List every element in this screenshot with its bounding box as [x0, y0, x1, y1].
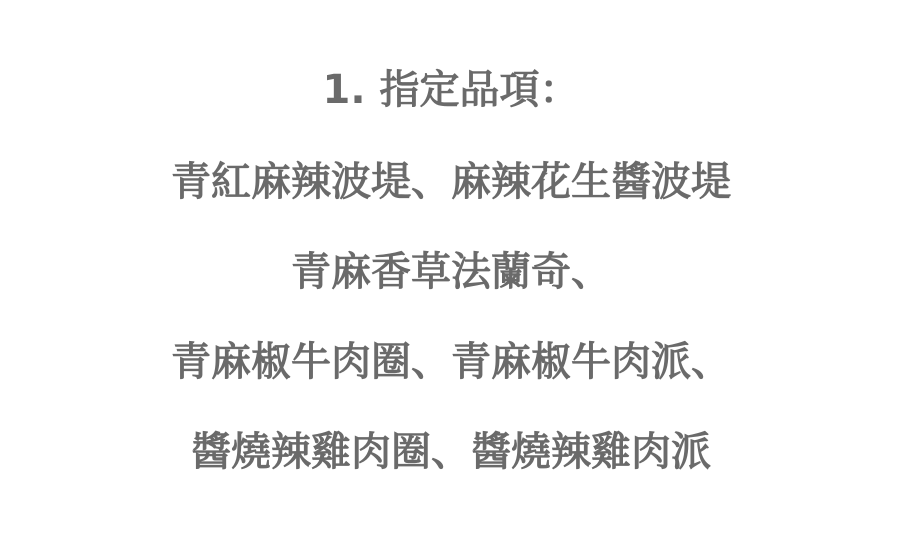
section-heading: 1. 指定品項： [0, 66, 902, 114]
item-line-4: 醬燒辣雞肉圈、醬燒辣雞肉派 [0, 428, 902, 476]
designated-items-section: 1. 指定品項： 青紅麻辣波堤、麻辣花生醬波堤 青麻香草法蘭奇、 青麻椒牛肉圈、… [0, 0, 902, 538]
item-line-2: 青麻香草法蘭奇、 [0, 248, 902, 296]
item-line-1: 青紅麻辣波堤、麻辣花生醬波堤 [0, 158, 902, 206]
item-line-3: 青麻椒牛肉圈、青麻椒牛肉派、 [0, 338, 902, 386]
